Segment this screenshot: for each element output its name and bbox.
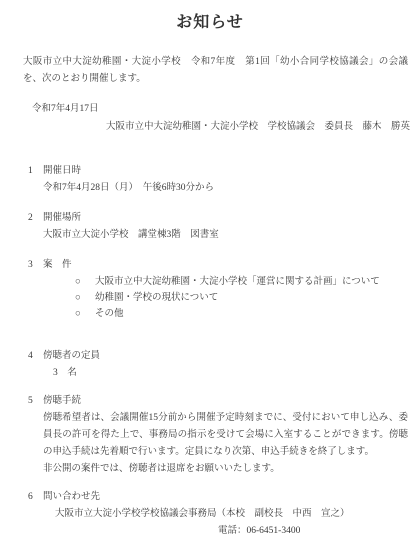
section-contact: 6 問い合わせ先 大阪市立大淀小学校学校協議会事務局（本校 副校長 中西 宣之）… [28,489,408,540]
intro-paragraph: 大阪市立中大淀幼稚園・大淀小学校 令和7年度 第1回「幼小合同学校協議会」の会議… [23,54,408,88]
procedure-paragraph: 非公開の案件では、傍聴者は退席をお願いいたします。 [43,461,408,478]
section-heading: 開催日時 [43,163,81,180]
section-heading: 案 件 [43,257,72,274]
section-heading-row: 3 案 件 [28,257,408,274]
section-number: 1 [28,163,43,180]
section-heading-row: 1 開催日時 [28,163,408,180]
circle-bullet-icon: ○ [75,290,95,306]
procedure-paragraph: 傍聴希望者は、会議開催15分前から開催予定時刻までに、受付において申し込み、委員… [43,410,408,461]
contact-phone: 電話：06-6451-3400 [43,523,408,540]
section-observer-capacity: 4 傍聴者の定員 3 名 [28,348,408,382]
section-heading-row: 4 傍聴者の定員 [28,348,408,365]
notice-document: お知らせ 大阪市立中大淀幼稚園・大淀小学校 令和7年度 第1回「幼小合同学校協議… [0,0,420,540]
section-heading: 傍聴者の定員 [43,348,100,365]
section-number: 2 [28,210,43,227]
agenda-item-text: 大阪市立中大淀幼稚園・大淀小学校「運営に関する計画」について [95,274,380,290]
section-body: 傍聴希望者は、会議開催15分前から開催予定時刻までに、受付において申し込み、委員… [28,410,408,478]
circle-bullet-icon: ○ [75,306,95,322]
agenda-item: ○ 幼稚園・学校の現状について [43,290,408,306]
sections-list: 1 開催日時 令和7年4月28日（月） 午後6時30分から 2 開催場所 大阪市… [0,163,420,540]
section-heading-row: 5 傍聴手続 [28,393,408,410]
agenda-item: ○ 大阪市立中大淀幼稚園・大淀小学校「運営に関する計画」について [43,274,408,290]
section-heading-row: 6 問い合わせ先 [28,489,408,506]
section-body: 令和7年4月28日（月） 午後6時30分から [28,180,408,197]
agenda-item: ○ その他 [43,306,408,322]
section-heading: 傍聴手続 [43,393,81,410]
issuer-signature: 大阪市立中大淀幼稚園・大淀小学校 学校協議会 委員長 藤木 勝英 [0,119,410,136]
contact-office: 大阪市立大淀小学校学校協議会事務局（本校 副校長 中西 宣之） [43,506,408,523]
section-body: 大阪市立大淀小学校学校協議会事務局（本校 副校長 中西 宣之） 電話：06-64… [28,506,408,540]
agenda-item-text: 幼稚園・学校の現状について [95,290,218,306]
section-agenda: 3 案 件 ○ 大阪市立中大淀幼稚園・大淀小学校「運営に関する計画」について ○… [28,257,408,322]
section-number: 3 [28,257,43,274]
section-heading: 問い合わせ先 [43,489,100,506]
circle-bullet-icon: ○ [75,274,95,290]
section-line: 3 名 [43,365,408,382]
section-line: 大阪市立大淀小学校 講堂棟3階 図書室 [43,227,408,244]
page-title: お知らせ [0,12,420,34]
section-meeting-place: 2 開催場所 大阪市立大淀小学校 講堂棟3階 図書室 [28,210,408,244]
section-number: 5 [28,393,43,410]
agenda-item-text: その他 [95,306,124,322]
section-number: 4 [28,348,43,365]
section-meeting-datetime: 1 開催日時 令和7年4月28日（月） 午後6時30分から [28,163,408,197]
section-line: 令和7年4月28日（月） 午後6時30分から [43,180,408,197]
section-body: ○ 大阪市立中大淀幼稚園・大淀小学校「運営に関する計画」について ○ 幼稚園・学… [28,274,408,322]
section-heading: 開催場所 [43,210,81,227]
section-heading-row: 2 開催場所 [28,210,408,227]
issue-date: 令和7年4月17日 [32,101,420,118]
section-body: 3 名 [28,365,408,382]
section-number: 6 [28,489,43,506]
section-body: 大阪市立大淀小学校 講堂棟3階 図書室 [28,227,408,244]
section-observation-procedure: 5 傍聴手続 傍聴希望者は、会議開催15分前から開催予定時刻までに、受付において… [28,393,408,478]
